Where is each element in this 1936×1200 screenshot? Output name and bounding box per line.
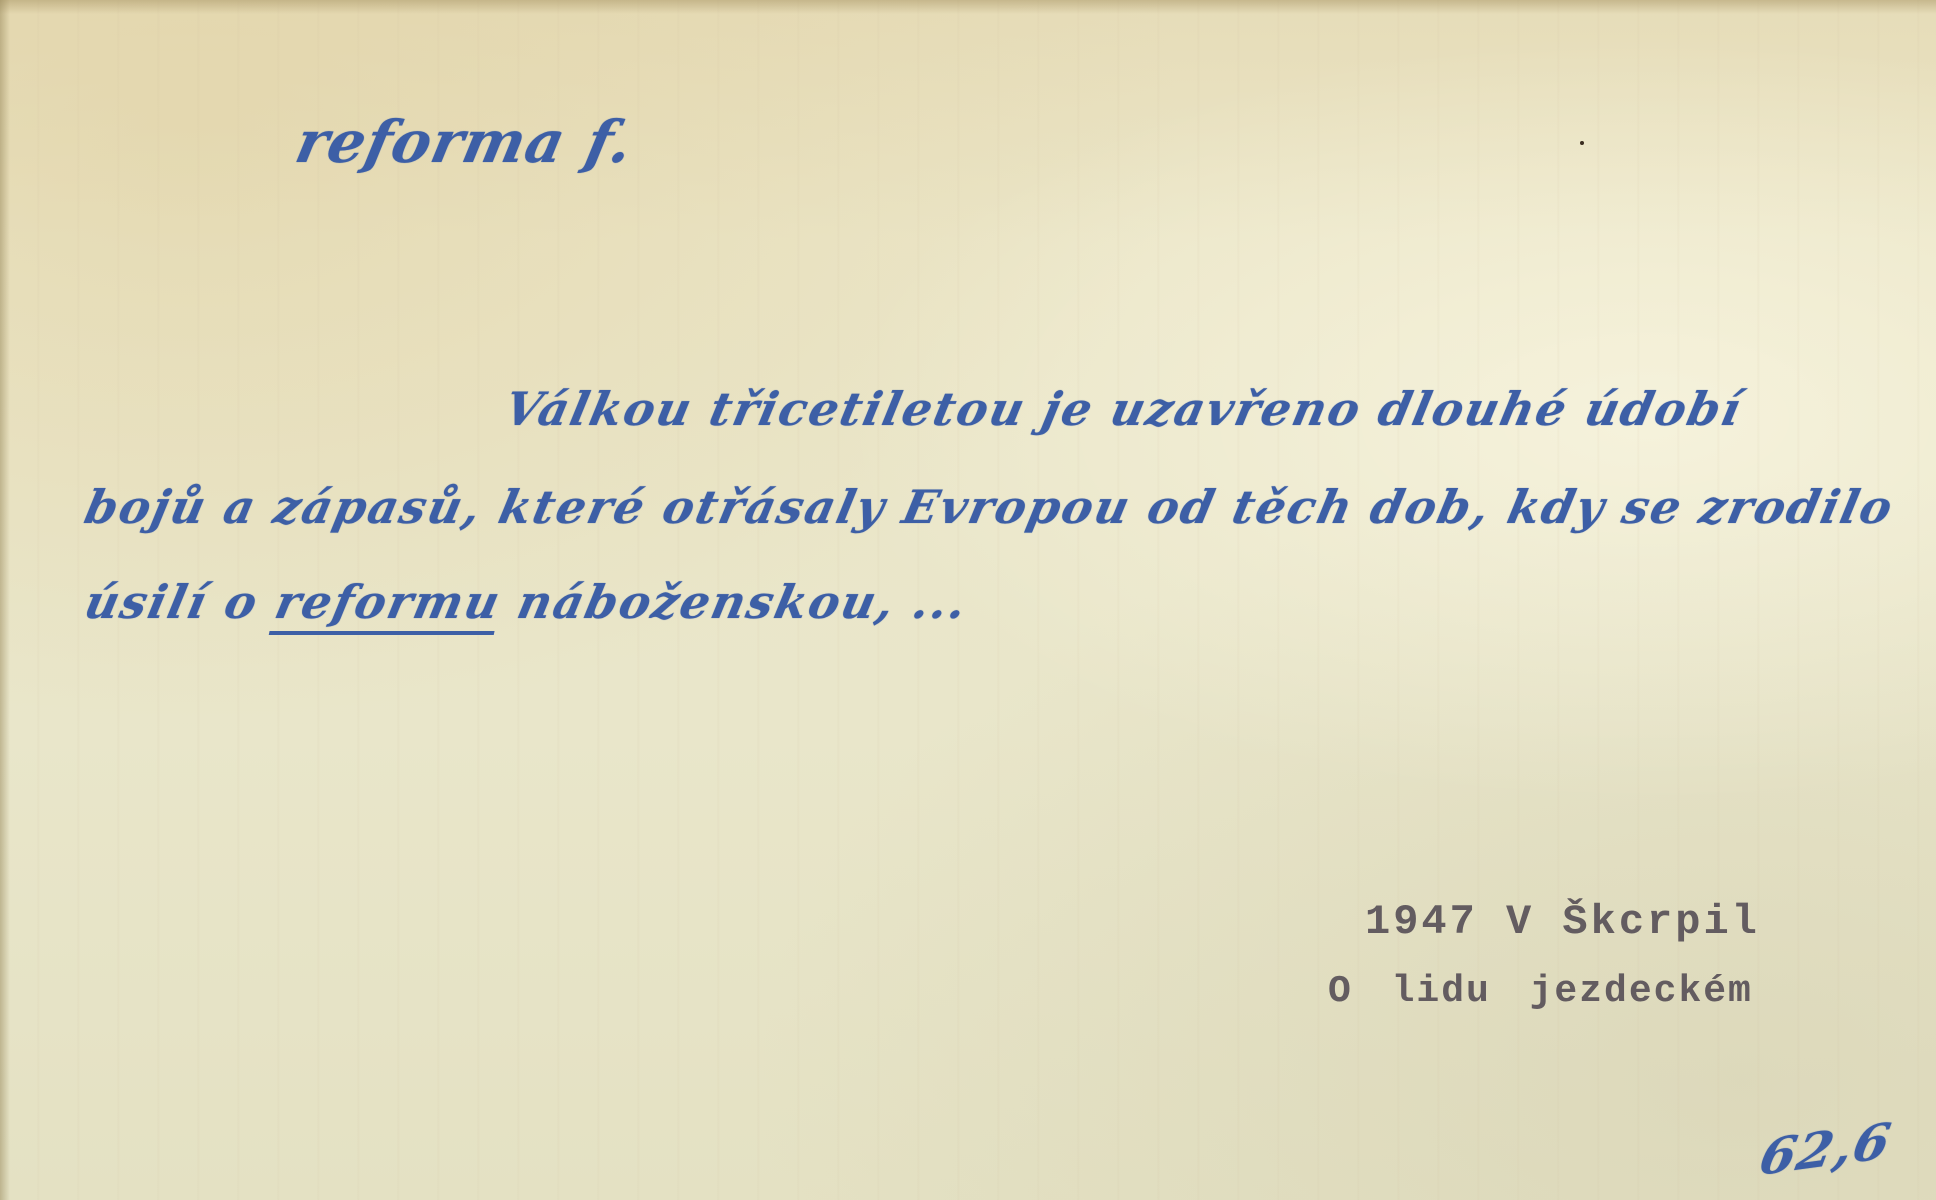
quotation-line-2: bojů a zápasů, které otřásaly Evropou od… bbox=[80, 480, 1899, 534]
card-left-edge-shadow bbox=[0, 0, 10, 1200]
quotation-line-3-after: náboženskou, ... bbox=[495, 575, 973, 629]
quotation-line-3-before: úsilí o bbox=[80, 575, 282, 629]
quotation-line-1: Válkou třicetiletou je uzavřeno dlouhé ú… bbox=[500, 382, 1747, 436]
citation-year-author: 1947 V Škcrpil bbox=[1365, 898, 1760, 946]
underlined-headword-occurrence: reformu bbox=[269, 575, 506, 635]
grammatical-gender: f. bbox=[580, 108, 640, 176]
headword: reforma bbox=[290, 108, 572, 176]
page-reference: 62,6 bbox=[1755, 1111, 1896, 1187]
citation-title: O lidu jezdeckém bbox=[1328, 970, 1753, 1013]
card-top-edge-shadow bbox=[0, 0, 1936, 14]
quotation-line-3: úsilí o reformu náboženskou, ... bbox=[80, 575, 973, 629]
ink-speck bbox=[1580, 141, 1584, 145]
index-card: reforma f. Válkou třicetiletou je uzavře… bbox=[0, 0, 1936, 1200]
